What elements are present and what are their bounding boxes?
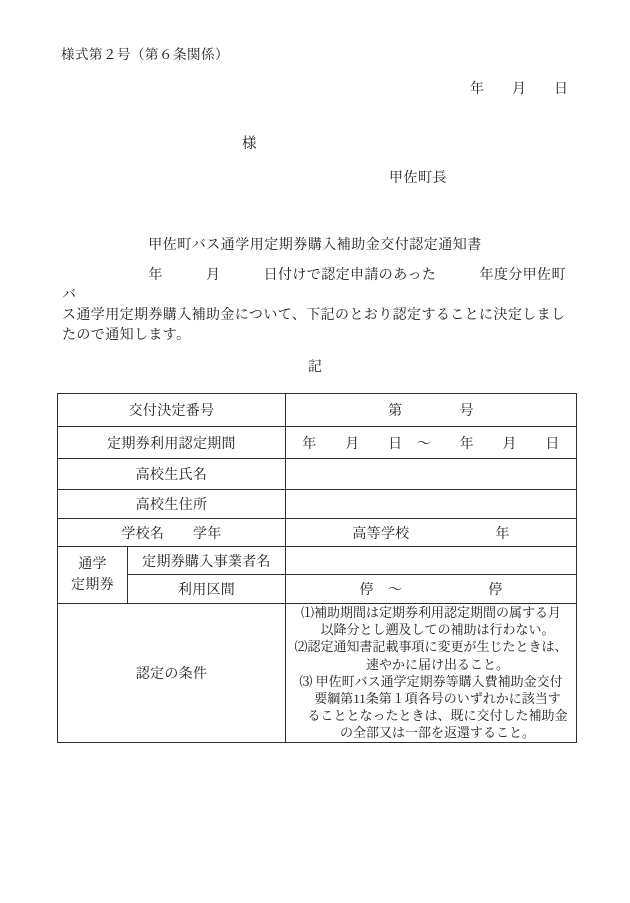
table-row-school: 学校名 学年 高等学校 年 xyxy=(58,519,577,547)
table-row-grant-number: 交付決定番号 第 号 xyxy=(58,394,577,427)
notice-table: 交付決定番号 第 号 定期券利用認定期間 年 月 日 ～ 年 月 日 高校生氏名… xyxy=(57,393,577,743)
grant-number-value: 第 号 xyxy=(286,394,577,427)
school-label: 学校名 学年 xyxy=(58,519,286,547)
table-row-student-name: 高校生氏名 xyxy=(58,459,577,490)
vendor-label: 定期券購入事業者名 xyxy=(128,547,286,575)
document-page: 様式第２号（第６条関係） 年 月 日 様 甲佐町長 甲佐町バス通学用定期券購入補… xyxy=(0,0,630,903)
addressee-honorific: 様 xyxy=(242,132,257,153)
student-name-value xyxy=(286,459,577,490)
date-line: 年 月 日 xyxy=(470,78,568,98)
form-number: 様式第２号（第６条関係） xyxy=(61,43,229,63)
vendor-value xyxy=(286,547,577,575)
document-title: 甲佐町バス通学用定期券購入補助金交付認定通知書 xyxy=(0,234,630,254)
school-value: 高等学校 年 xyxy=(286,519,577,547)
condition-item-3: ⑶ 甲佐町バス通学定期券等購入費補助金交付 要綱第11条第１項各号のいずれかに該… xyxy=(286,673,576,742)
table-row-valid-period: 定期券利用認定期間 年 月 日 ～ 年 月 日 xyxy=(58,427,577,459)
body-paragraph: 年 月 日付けで認定申請のあった 年度分甲佐町バ ス通学用定期券購入補助金につい… xyxy=(62,266,574,346)
grant-number-label: 交付決定番号 xyxy=(58,394,286,427)
valid-period-value: 年 月 日 ～ 年 月 日 xyxy=(286,427,577,459)
route-section-value: 停 ～ 停 xyxy=(286,575,577,604)
table-row-route-section: 利用区間 停 ～ 停 xyxy=(58,575,577,604)
condition-item-2: ⑵認定通知書記載事項に変更が生じたときは、 速やかに届け出ること。 xyxy=(286,638,576,672)
student-address-value xyxy=(286,490,577,519)
section-mark: 記 xyxy=(0,356,630,376)
pass-group-label: 通学 定期券 xyxy=(58,547,128,604)
student-address-label: 高校生住所 xyxy=(58,490,286,519)
condition-item-1: ⑴補助期間は定期券利用認定期間の属する月 以降分とし遡及しての補助は行わない。 xyxy=(286,604,576,638)
table-row-conditions: 認定の条件 ⑴補助期間は定期券利用認定期間の属する月 以降分とし遡及しての補助は… xyxy=(58,604,577,743)
route-section-label: 利用区間 xyxy=(128,575,286,604)
sender-title: 甲佐町長 xyxy=(389,167,447,187)
valid-period-label: 定期券利用認定期間 xyxy=(58,427,286,459)
table-row-student-address: 高校生住所 xyxy=(58,490,577,519)
conditions-value: ⑴補助期間は定期券利用認定期間の属する月 以降分とし遡及しての補助は行わない。 … xyxy=(286,604,577,743)
table-row-vendor: 通学 定期券 定期券購入事業者名 xyxy=(58,547,577,575)
student-name-label: 高校生氏名 xyxy=(58,459,286,490)
conditions-label: 認定の条件 xyxy=(58,604,286,743)
